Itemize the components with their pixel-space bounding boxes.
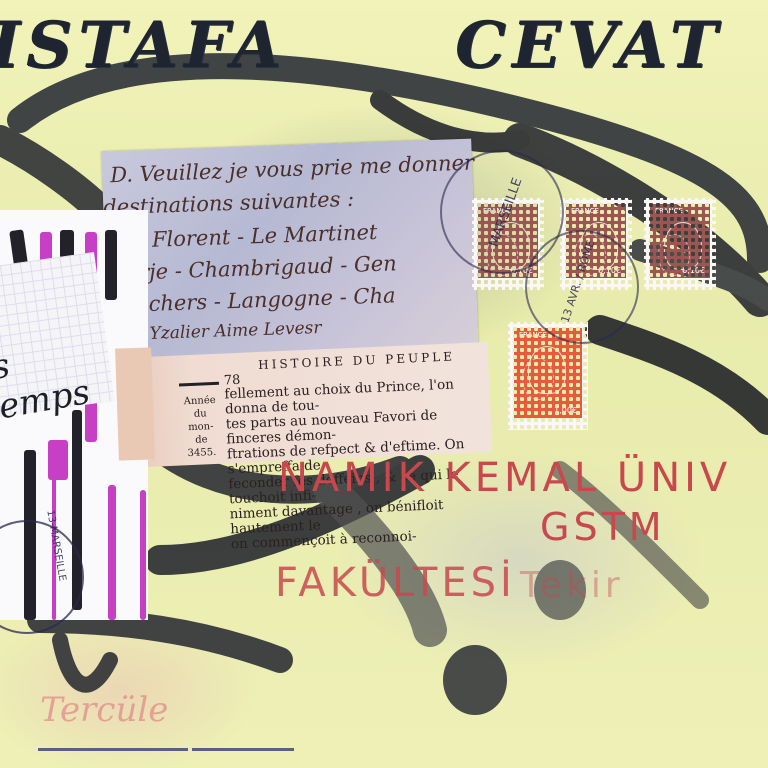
- tan-tape-strip: [115, 347, 155, 460]
- magenta-ink-stripe: [48, 440, 68, 480]
- signature-underline: [192, 748, 294, 751]
- letter-line: Dorje - Chambrigaud - Gen: [109, 251, 397, 285]
- book-dash: [179, 382, 219, 387]
- handwritten-letter-fragment: D. Veuillez je vous prie me donner desti…: [101, 139, 478, 367]
- collage-canvas: ISTAFA CEVAT D. Veuillez je vous prie me…: [0, 0, 768, 768]
- book-margin-note: Année du mon- de 3455.: [179, 394, 222, 461]
- grid-paper-handwriting: s emps: [0, 333, 93, 428]
- stamp-country: FRANCE: [655, 207, 683, 215]
- stamp-marianne: FRANCE 0,10€: [644, 198, 716, 290]
- magenta-ink-stripe: [140, 490, 146, 620]
- signature-underline: [38, 748, 188, 751]
- letter-line: vanchers - Langogne - Cha: [110, 283, 396, 317]
- margin-note-line: du mon-: [180, 407, 221, 435]
- book-header: HISTOIRE DU PEUPLE: [258, 349, 455, 372]
- margin-note-line: Année: [179, 394, 220, 409]
- stamp-value: 0,10€: [682, 266, 705, 275]
- red-text-faculty: FAKÜLTESİ: [275, 560, 516, 606]
- stamp-country: FRANCE: [519, 331, 547, 339]
- hair-swirl-icon: [522, 358, 554, 400]
- stamp-value: 1,00€: [554, 406, 577, 415]
- red-text-gstm: GSTM: [540, 505, 666, 549]
- letter-line: D. Veuillez je vous prie me donner: [110, 151, 475, 188]
- red-text-university: NAMIK KEMAL ÜNIV: [278, 455, 731, 501]
- letter-line: S. Yzalier Aime Levesr: [127, 318, 321, 345]
- black-ink-stripe: [105, 230, 117, 300]
- letter-line: St Florent - Le Martinet: [122, 220, 378, 253]
- red-text-faded: Tekir: [520, 565, 624, 606]
- stamp-face: FRANCE 0,10€: [650, 204, 710, 278]
- title-right-text: CEVAT: [455, 8, 723, 83]
- margin-note-line: de 3455.: [181, 433, 222, 461]
- book-page-fragment: HISTOIRE DU PEUPLE 78 Année du mon- de 3…: [118, 342, 492, 468]
- magenta-ink-stripe: [108, 485, 116, 620]
- stamp-country: FRANCE: [571, 207, 599, 215]
- title-left-text: ISTAFA: [0, 8, 287, 83]
- pink-signature: Tercüle: [40, 690, 168, 730]
